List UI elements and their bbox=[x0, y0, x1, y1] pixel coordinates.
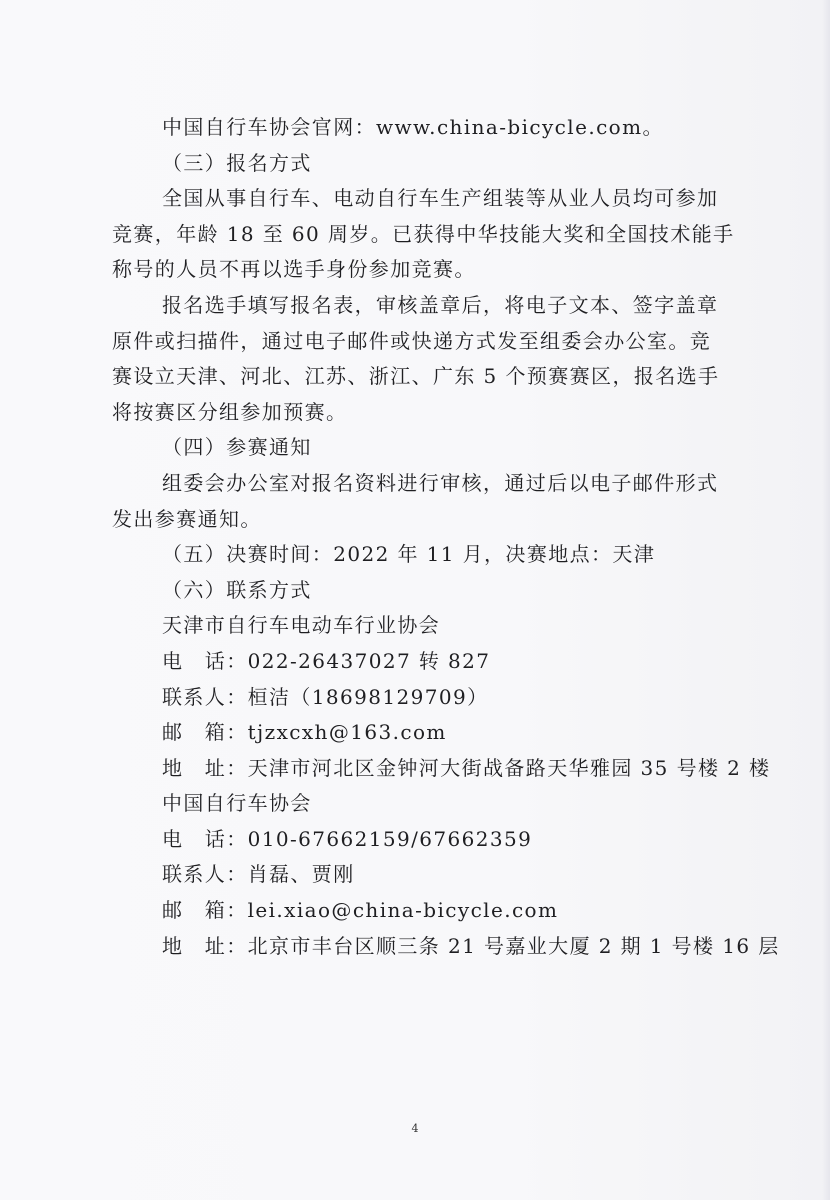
document-body: 中国自行车协会官网：www.china-bicycle.com。 （三）报名方式… bbox=[112, 110, 752, 964]
section-heading-final: （五）决赛时间：2022 年 11 月，决赛地点：天津 bbox=[112, 537, 752, 573]
paragraph-line: 竞赛，年龄 18 至 60 周岁。已获得中华技能大奖和全国技术能手 bbox=[112, 217, 752, 253]
email-china: 邮 箱：lei.xiao@china-bicycle.com bbox=[112, 893, 752, 929]
paragraph-line: 组委会办公室对报名资料进行审核，通过后以电子邮件形式 bbox=[112, 466, 752, 502]
paragraph-line: 原件或扫描件，通过电子邮件或快递方式发至组委会办公室。竞 bbox=[112, 324, 752, 360]
scanned-page: 中国自行车协会官网：www.china-bicycle.com。 （三）报名方式… bbox=[0, 0, 830, 1200]
phone-china: 电 话：010-67662159/67662359 bbox=[112, 822, 752, 858]
contact-person-tianjin: 联系人：桓洁（18698129709） bbox=[112, 680, 752, 716]
paragraph-line: 报名选手填写报名表，审核盖章后，将电子文本、签字盖章 bbox=[112, 288, 752, 324]
address-tianjin: 地 址：天津市河北区金钟河大街战备路天华雅园 35 号楼 2 楼 bbox=[112, 751, 752, 787]
phone-tianjin: 电 话：022-26437027 转 827 bbox=[112, 644, 752, 680]
address-china: 地 址：北京市丰台区顺三条 21 号嘉业大厦 2 期 1 号楼 16 层 bbox=[112, 929, 752, 965]
org-name-china: 中国自行车协会 bbox=[112, 786, 752, 822]
page-edge-shadow bbox=[822, 0, 830, 1200]
section-heading-contact: （六）联系方式 bbox=[112, 573, 752, 609]
email-tianjin: 邮 箱：tjzxcxh@163.com bbox=[112, 715, 752, 751]
page-number: 4 bbox=[0, 1122, 830, 1135]
section-heading-notice: （四）参赛通知 bbox=[112, 430, 752, 466]
paragraph-line: 赛设立天津、河北、江苏、浙江、广东 5 个预赛赛区，报名选手 bbox=[112, 359, 752, 395]
section-heading-registration: （三）报名方式 bbox=[112, 146, 752, 182]
paragraph-line: 将按赛区分组参加预赛。 bbox=[112, 395, 752, 431]
paragraph-line: 发出参赛通知。 bbox=[112, 502, 752, 538]
contact-person-china: 联系人：肖磊、贾刚 bbox=[112, 857, 752, 893]
paragraph-line: 称号的人员不再以选手身份参加竞赛。 bbox=[112, 252, 752, 288]
website-line: 中国自行车协会官网：www.china-bicycle.com。 bbox=[112, 110, 752, 146]
paragraph-line: 全国从事自行车、电动自行车生产组装等从业人员均可参加 bbox=[112, 181, 752, 217]
org-name-tianjin: 天津市自行车电动车行业协会 bbox=[112, 608, 752, 644]
